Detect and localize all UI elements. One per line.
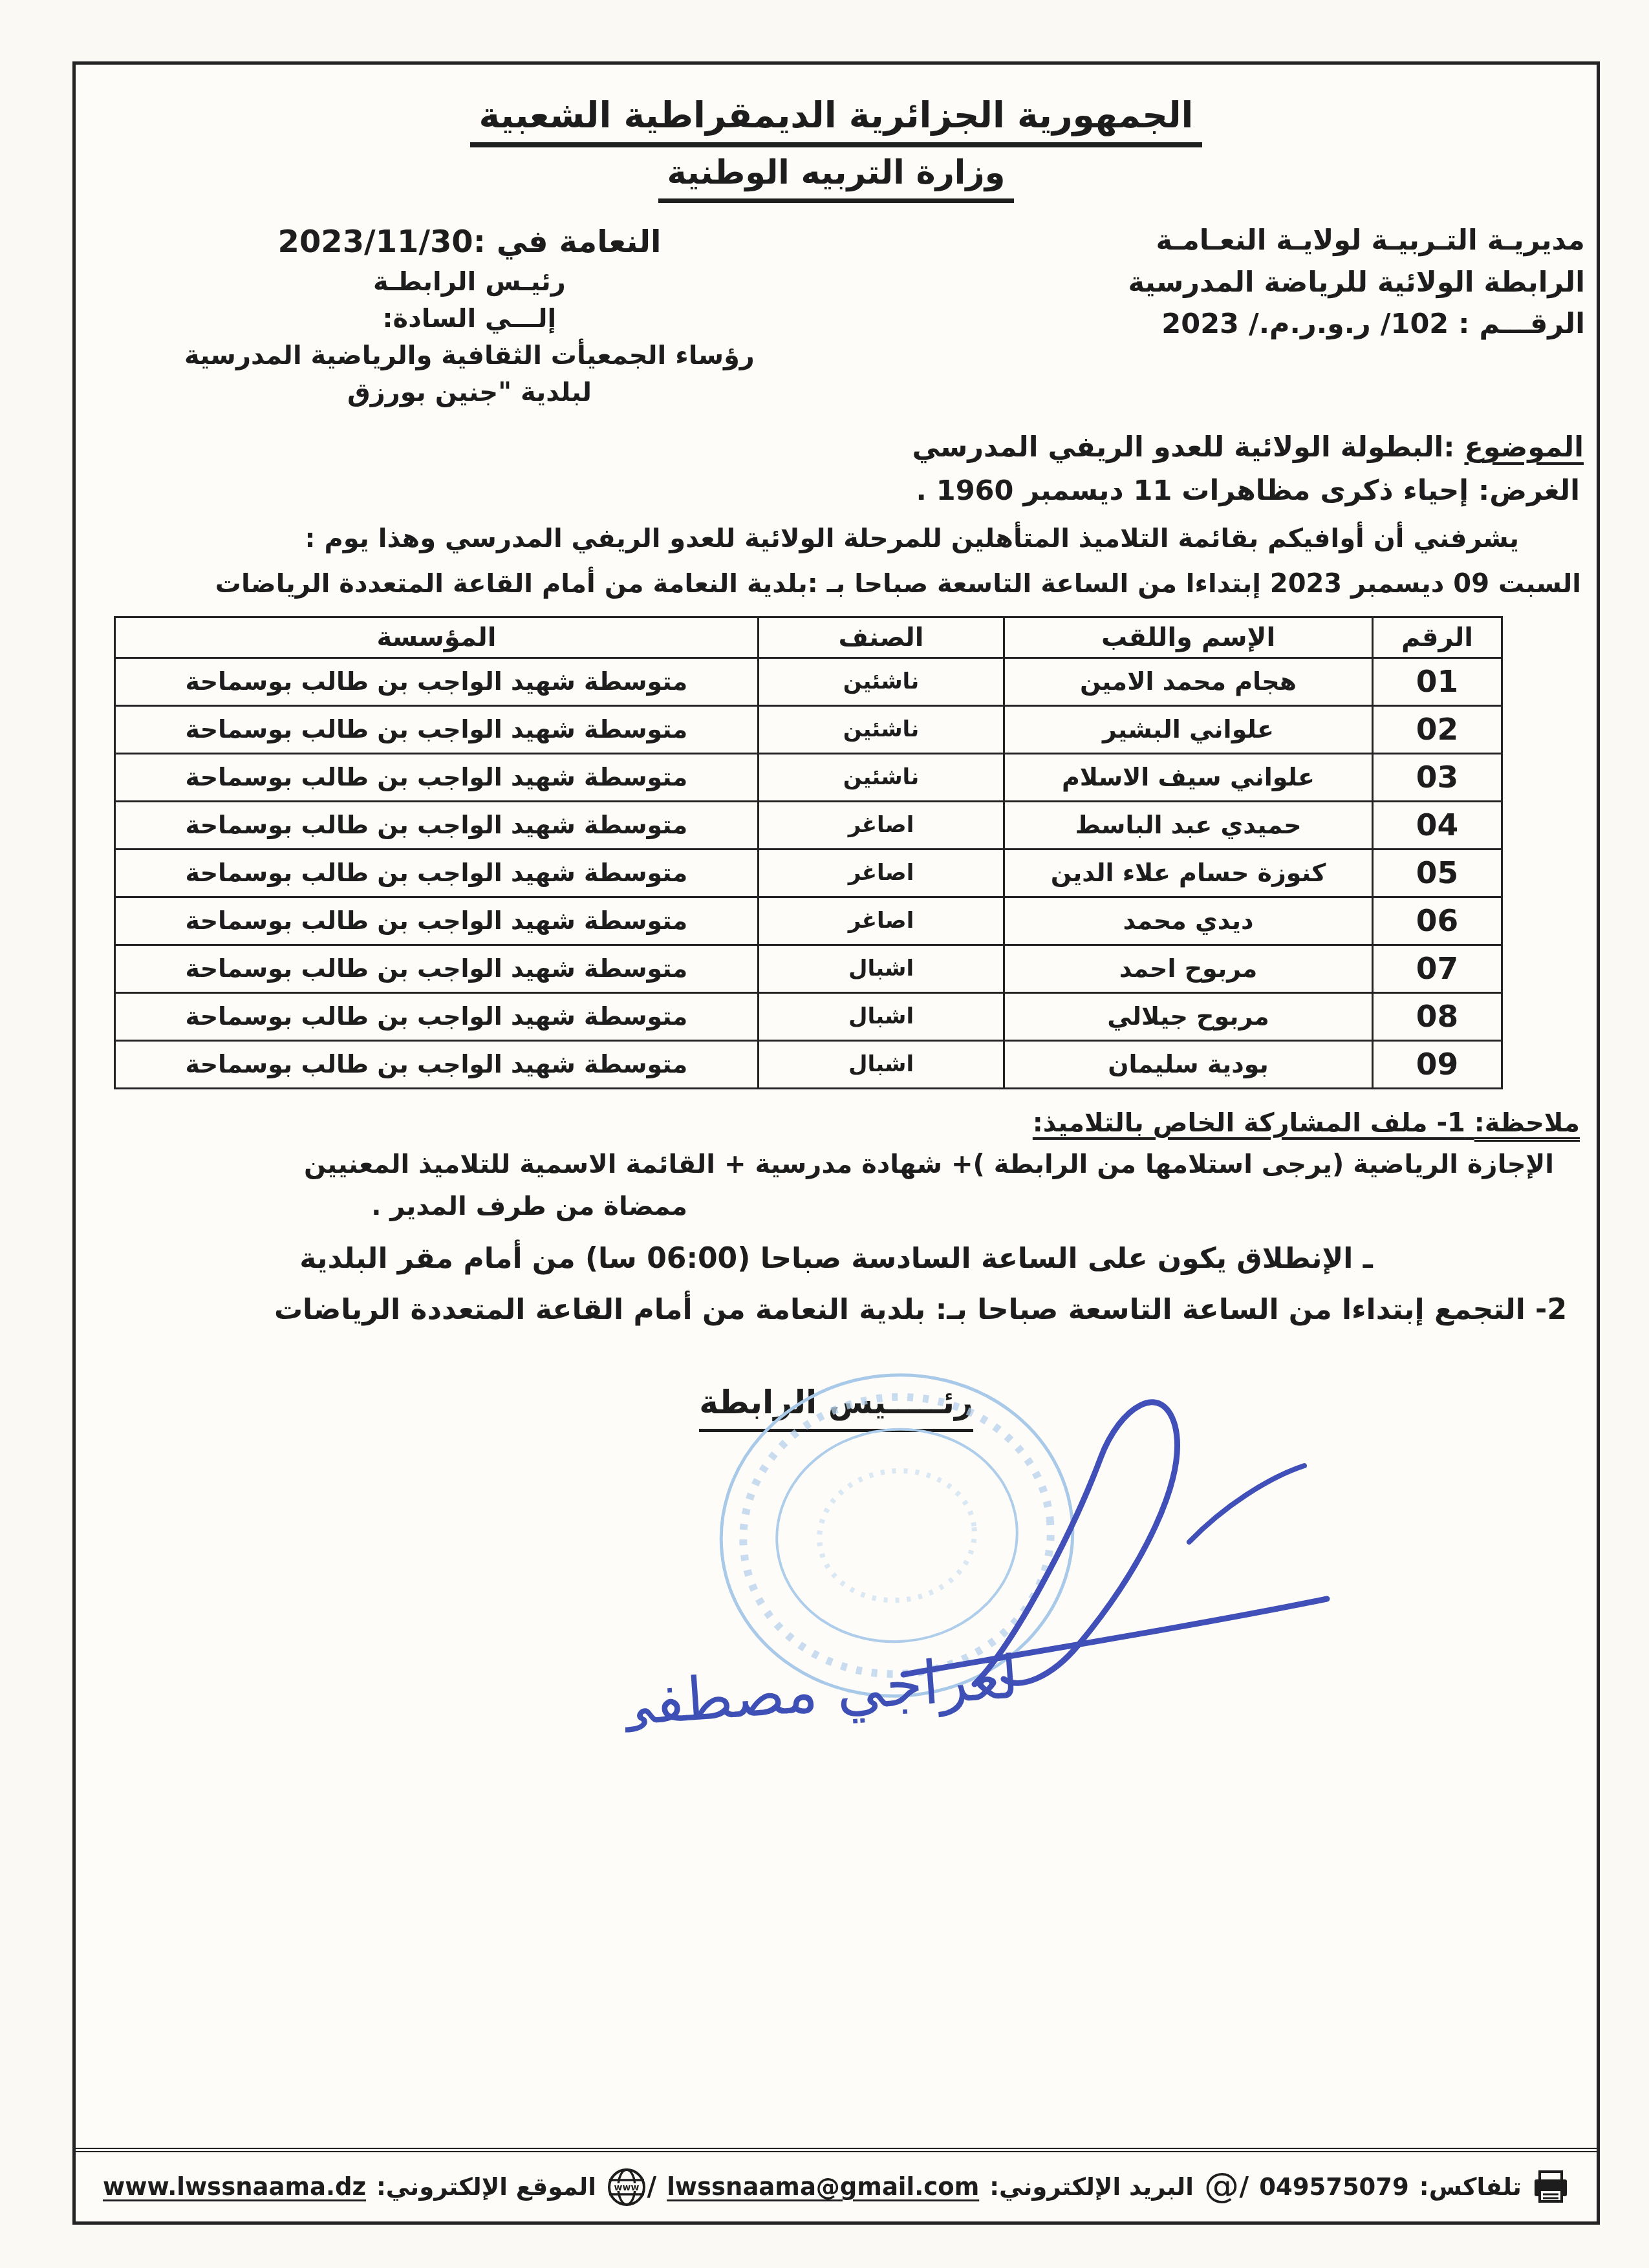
- at-symbol-icon: @: [1204, 2165, 1239, 2206]
- addressee-line-1: رؤساء الجمعيأت الثقافية والرياضية المدرس…: [184, 337, 755, 374]
- fax-group: تلفاكس: 049575079 /: [1240, 2170, 1569, 2204]
- signature-title: رئـــــيس الرابطة: [76, 1384, 1597, 1421]
- email-address: lwssnaama@gmail.com: [667, 2173, 979, 2201]
- student-school: متوسطة شهيد الواجب بن طالب بوسماحة: [115, 658, 759, 705]
- footer-contact-bar: تلفاكس: 049575079 / @ البريد الإلكتروني:…: [76, 2148, 1597, 2221]
- table-row: 09بودية سليماناشبالمتوسطة شهيد الواجب بن…: [115, 1040, 1502, 1088]
- student-school: متوسطة شهيد الواجب بن طالب بوسماحة: [115, 753, 759, 801]
- col-header-school: المؤسسة: [115, 617, 759, 658]
- to-line: إلـــي السادة:: [184, 301, 755, 337]
- col-header-name: الإسم واللقب: [1004, 617, 1373, 658]
- league-line: الرابطة الولائية للرياضة المدرسية: [1128, 262, 1585, 304]
- website-group: www الموقع الإلكتروني: www.lwssnaama.dz: [103, 2167, 647, 2207]
- website-label: الموقع الإلكتروني:: [376, 2173, 596, 2201]
- row-number: 01: [1373, 658, 1502, 705]
- table-row: 05كنوزة حسام علاء الديناصاغرمتوسطة شهيد …: [115, 849, 1502, 897]
- student-category: اشبال: [759, 992, 1004, 1040]
- separator-slash: /: [647, 2172, 657, 2202]
- student-name: علواني سيف الاسلام: [1004, 753, 1373, 801]
- directorate-line: مديريـة التـربيـة لولايـة النعـامـة: [1128, 220, 1585, 262]
- fax-number: 049575079: [1259, 2173, 1409, 2201]
- student-name: كنوزة حسام علاء الدين: [1004, 849, 1373, 897]
- table-row: 03علواني سيف الاسلامناشئينمتوسطة شهيد ال…: [115, 753, 1502, 801]
- addressee-block: النعامة في :2023/11/30 رئيـس الرابطـة إل…: [87, 220, 755, 411]
- student-category: اصاغر: [759, 801, 1004, 849]
- globe-www-icon: www: [607, 2167, 647, 2207]
- table-header-row: الرقم الإسم واللقب الصنف المؤسسة: [115, 617, 1502, 658]
- separator-slash: /: [1240, 2172, 1249, 2202]
- ministry-title: وزارة التربيه الوطنية: [658, 154, 1015, 203]
- subject-value: :البطولة الولائية للعدو الريفي المدرسي: [912, 431, 1464, 464]
- fax-printer-icon: [1532, 2170, 1569, 2204]
- note-detail-2: ممضاة من طرف المدير .: [92, 1186, 1580, 1228]
- note-detail-1: الإجازة الرياضية (يرجى استلامها من الراب…: [92, 1144, 1580, 1186]
- email-label: البريد الإلكتروني:: [989, 2173, 1194, 2201]
- student-school: متوسطة شهيد الواجب بن طالب بوسماحة: [115, 1040, 759, 1088]
- table-row: 07مربوح احمداشبالمتوسطة شهيد الواجب بن ط…: [115, 945, 1502, 992]
- row-number: 02: [1373, 705, 1502, 753]
- student-category: اشبال: [759, 1040, 1004, 1088]
- student-school: متوسطة شهيد الواجب بن طالب بوسماحة: [115, 945, 759, 992]
- globe-caption: www: [614, 2183, 640, 2193]
- student-school: متوسطة شهيد الواجب بن طالب بوسماحة: [115, 992, 759, 1040]
- purpose-label: الغرض:: [1478, 475, 1580, 507]
- row-number: 04: [1373, 801, 1502, 849]
- note-item-2: 2- التجمع إبتداءا من الساعة التاسعة صباح…: [92, 1287, 1580, 1332]
- student-school: متوسطة شهيد الواجب بن طالب بوسماحة: [115, 705, 759, 753]
- student-school: متوسطة شهيد الواجب بن طالب بوسماحة: [115, 849, 759, 897]
- letterhead: مديريـة التـربيـة لولايـة النعـامـة الرا…: [76, 220, 1597, 411]
- row-number: 03: [1373, 753, 1502, 801]
- table-row: 08مربوح جيلالياشبالمتوسطة شهيد الواجب بن…: [115, 992, 1502, 1040]
- student-name: مربوح احمد: [1004, 945, 1373, 992]
- row-number: 07: [1373, 945, 1502, 992]
- student-category: اصاغر: [759, 897, 1004, 945]
- student-name: علواني البشير: [1004, 705, 1373, 753]
- student-category: ناشئين: [759, 705, 1004, 753]
- table-row: 04حميدي عبد الباسطاصاغرمتوسطة شهيد الواج…: [115, 801, 1502, 849]
- email-group: @ البريد الإلكتروني: lwssnaama@gmail.com…: [647, 2166, 1239, 2207]
- student-name: حميدي عبد الباسط: [1004, 801, 1373, 849]
- student-name: مربوح جيلالي: [1004, 992, 1373, 1040]
- subject-label: الموضوع: [1464, 431, 1584, 464]
- student-name: هجام محمد الامين: [1004, 658, 1373, 705]
- student-category: ناشئين: [759, 753, 1004, 801]
- students-table: الرقم الإسم واللقب الصنف المؤسسة 01هجام …: [114, 616, 1503, 1089]
- row-number: 05: [1373, 849, 1502, 897]
- col-header-number: الرقم: [1373, 617, 1502, 658]
- row-number: 09: [1373, 1040, 1502, 1088]
- student-name: ديدي محمد: [1004, 897, 1373, 945]
- col-header-category: الصنف: [759, 617, 1004, 658]
- republic-title: الجمهورية الجزائرية الديمقراطية الشعبية: [470, 94, 1203, 147]
- body-line-2: السبت 09 ديسمبر 2023 إبتداءا من الساعة ا…: [76, 564, 1597, 603]
- student-school: متوسطة شهيد الواجب بن طالب بوسماحة: [115, 897, 759, 945]
- notes-block: ملاحظة: 1- ملف المشاركة الخاص بالتلاميذ:…: [76, 1102, 1597, 1333]
- student-category: اصاغر: [759, 849, 1004, 897]
- document-header: الجمهورية الجزائرية الديمقراطية الشعبية …: [76, 94, 1597, 203]
- document-page: الجمهورية الجزائرية الديمقراطية الشعبية …: [72, 61, 1600, 2225]
- addressee-line-2: لبلدية "جنين بورزق: [184, 374, 755, 411]
- student-school: متوسطة شهيد الواجب بن طالب بوسماحة: [115, 801, 759, 849]
- fax-label: تلفاكس:: [1419, 2173, 1522, 2201]
- website-address: www.lwssnaama.dz: [103, 2173, 366, 2201]
- table-row: 06ديدي محمداصاغرمتوسطة شهيد الواجب بن طا…: [115, 897, 1502, 945]
- reference-number: الرقـــم : 102/ ر.و.ر.م./ 2023: [1128, 303, 1585, 345]
- body-line-1: يشرفني أن أوافيكم بقائمة التلاميذ المتأه…: [76, 519, 1597, 558]
- row-number: 06: [1373, 897, 1502, 945]
- note-label: ملاحظة:: [1474, 1108, 1580, 1138]
- sender-block: مديريـة التـربيـة لولايـة النعـامـة الرا…: [1128, 220, 1585, 411]
- subject-block: الموضوع :البطولة الولائية للعدو الريفي ا…: [76, 426, 1597, 512]
- date-line: النعامة في :2023/11/30: [184, 220, 755, 264]
- student-category: اشبال: [759, 945, 1004, 992]
- signature-name: لعراجي مصطفى: [625, 1642, 1021, 1740]
- row-number: 08: [1373, 992, 1502, 1040]
- student-category: ناشئين: [759, 658, 1004, 705]
- note-item-1: 1- ملف المشاركة الخاص بالتلاميذ:: [1033, 1108, 1474, 1138]
- president-line: رئيـس الرابطـة: [184, 264, 755, 301]
- purpose-value: إحياء ذكرى مظاهرات 11 ديسمبر 1960 .: [916, 475, 1478, 507]
- departure-note: ـ الإنطلاق يكون على الساعة السادسة صباحا…: [92, 1236, 1580, 1281]
- student-name: بودية سليمان: [1004, 1040, 1373, 1088]
- table-row: 02علواني البشيرناشئينمتوسطة شهيد الواجب …: [115, 705, 1502, 753]
- table-row: 01هجام محمد الامينناشئينمتوسطة شهيد الوا…: [115, 658, 1502, 705]
